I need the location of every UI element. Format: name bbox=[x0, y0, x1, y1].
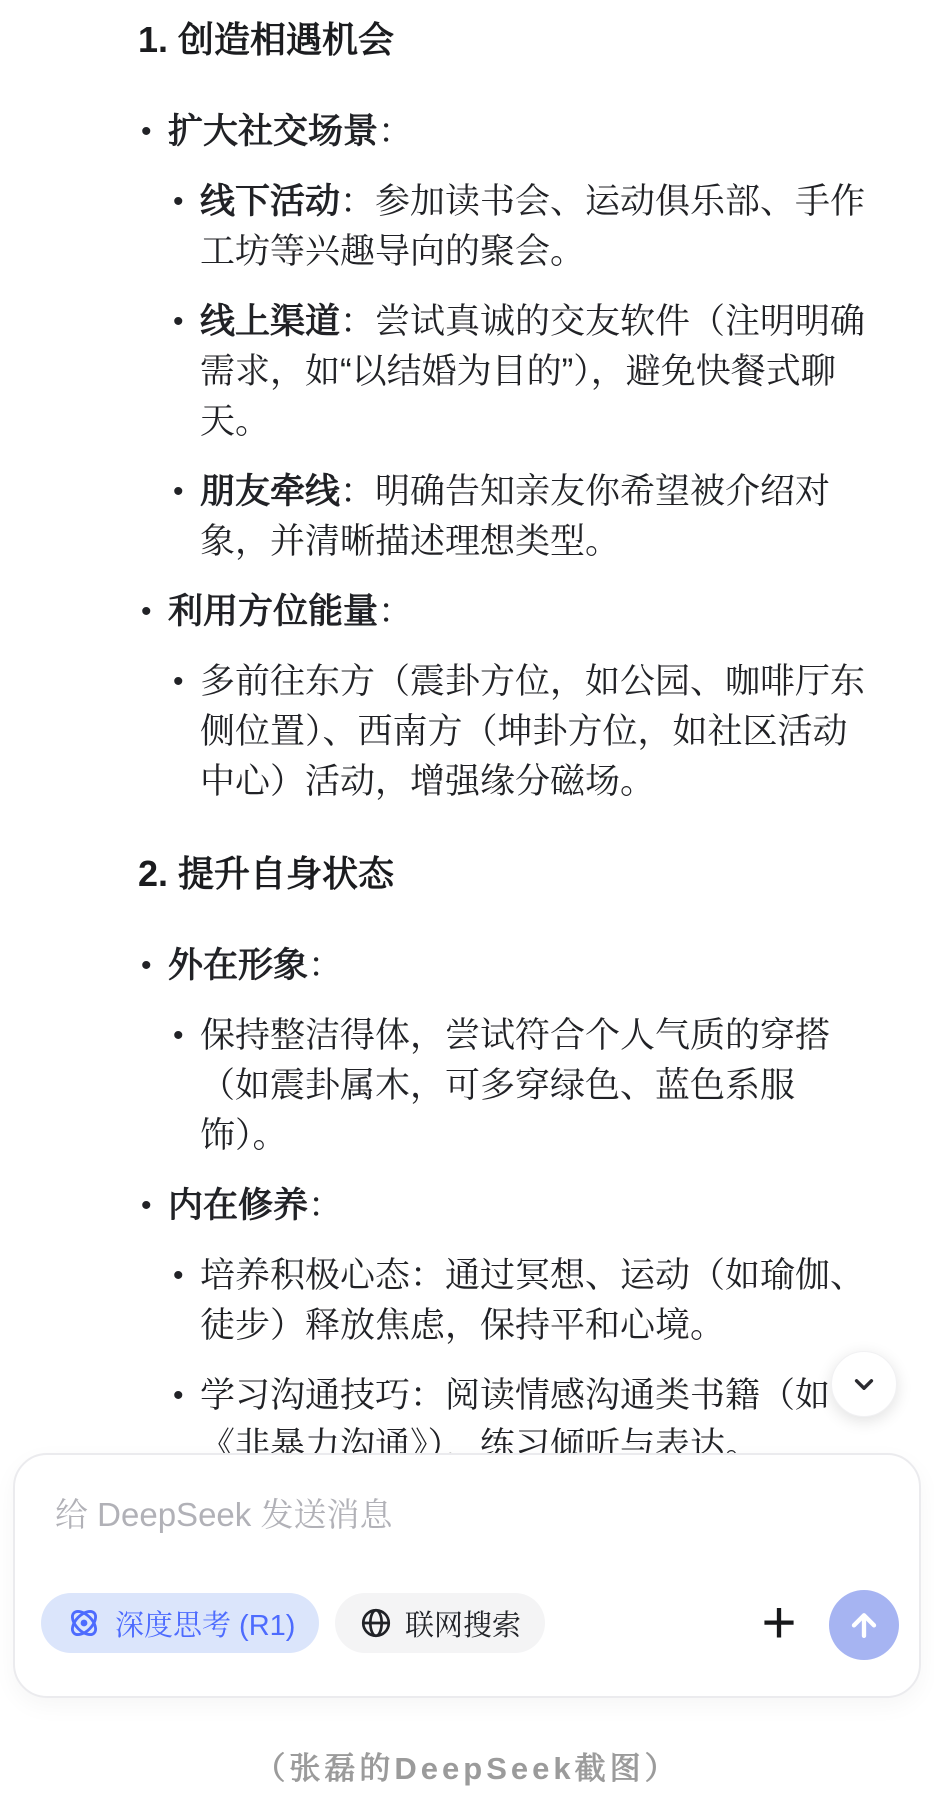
item-colon: ： bbox=[308, 946, 343, 985]
deepseek-chat-screen: 1. 创造相遇机会 • 扩大社交场景： • 线下活动：参加读书会、运动俱乐部、手… bbox=[0, 0, 934, 1797]
bullet-icon: • bbox=[173, 1011, 200, 1061]
web-search-label: 联网搜索 bbox=[405, 1603, 521, 1644]
atom-icon bbox=[65, 1604, 103, 1642]
item-label: 内在修养 bbox=[168, 1186, 308, 1225]
list-item: • 保持整洁得体，尝试符合个人气质的穿搭 （如震卦属木，可多穿绿色、蓝色系服 饰… bbox=[173, 1011, 918, 1161]
item-label: 朋友牵线 bbox=[200, 472, 340, 511]
chevron-down-icon bbox=[847, 1367, 881, 1401]
list-item: • 内在修养： bbox=[141, 1181, 901, 1231]
scroll-to-bottom-button[interactable] bbox=[831, 1351, 897, 1417]
item-text: 学习沟通技巧：阅读情感沟通类书籍（如 《非暴力沟通》），练习倾听与表达。 bbox=[200, 1376, 830, 1465]
bullet-icon: • bbox=[141, 941, 168, 991]
bullet-icon: • bbox=[173, 657, 200, 707]
item-label: 利用方位能量 bbox=[168, 592, 378, 631]
message-input[interactable]: 给 DeepSeek 发送消息 bbox=[55, 1492, 392, 1538]
list-item: • 外在形象： bbox=[141, 941, 901, 991]
item-text: 多前往东方（震卦方位，如公园、咖啡厅东 侧位置）、西南方（坤卦方位，如社区活动 … bbox=[200, 662, 865, 801]
bullet-icon: • bbox=[173, 1371, 200, 1421]
globe-icon bbox=[359, 1606, 393, 1640]
list-item: • 线下活动：参加读书会、运动俱乐部、手作 工坊等兴趣导向的聚会。 bbox=[173, 177, 918, 277]
list-item: • 多前往东方（震卦方位，如公园、咖啡厅东 侧位置）、西南方（坤卦方位，如社区活… bbox=[173, 657, 918, 807]
list-item: • 线上渠道：尝试真诚的交友软件（注明明确 需求，如“以结婚为目的”），避免快餐… bbox=[173, 297, 918, 447]
deepthink-label: 深度思考 (R1) bbox=[115, 1603, 295, 1644]
composer: 给 DeepSeek 发送消息 深度思考 (R1) 联网搜索 bbox=[13, 1453, 921, 1698]
bullet-icon: • bbox=[173, 1251, 200, 1301]
bullet-icon: • bbox=[141, 587, 168, 637]
item-label: 线上渠道 bbox=[200, 302, 340, 341]
item-colon: ： bbox=[308, 1186, 343, 1225]
deepthink-toggle[interactable]: 深度思考 (R1) bbox=[41, 1593, 319, 1653]
bullet-icon: • bbox=[141, 107, 168, 157]
item-label: 扩大社交场景 bbox=[168, 112, 378, 151]
bullet-icon: • bbox=[141, 1181, 168, 1231]
attach-button[interactable]: + bbox=[751, 1593, 807, 1653]
section-heading: 1. 创造相遇机会 bbox=[138, 15, 934, 65]
item-colon: ： bbox=[378, 112, 413, 151]
list-item: • 扩大社交场景： bbox=[141, 107, 901, 157]
arrow-up-icon bbox=[844, 1605, 884, 1645]
item-text: 保持整洁得体，尝试符合个人气质的穿搭 （如震卦属木，可多穿绿色、蓝色系服 饰）。 bbox=[200, 1016, 830, 1155]
item-label: 线下活动 bbox=[200, 182, 340, 221]
bullet-icon: • bbox=[173, 177, 200, 227]
section-heading: 2. 提升自身状态 bbox=[138, 849, 934, 899]
web-search-toggle[interactable]: 联网搜索 bbox=[335, 1593, 545, 1653]
bullet-icon: • bbox=[173, 297, 200, 347]
send-button[interactable] bbox=[829, 1590, 899, 1660]
list-item: • 利用方位能量： bbox=[141, 587, 901, 637]
item-text: 培养积极心态：通过冥想、运动（如瑜伽、 徒步）释放焦虑，保持平和心境。 bbox=[200, 1256, 865, 1345]
screenshot-caption: （张磊的DeepSeek截图） bbox=[0, 1743, 934, 1788]
item-label: 外在形象 bbox=[168, 946, 308, 985]
list-item: • 培养积极心态：通过冥想、运动（如瑜伽、 徒步）释放焦虑，保持平和心境。 bbox=[173, 1251, 918, 1351]
item-colon: ： bbox=[378, 592, 413, 631]
list-item: • 朋友牵线：明确告知亲友你希望被介绍对 象，并清晰描述理想类型。 bbox=[173, 467, 918, 567]
bullet-icon: • bbox=[173, 467, 200, 517]
assistant-message: 1. 创造相遇机会 • 扩大社交场景： • 线下活动：参加读书会、运动俱乐部、手… bbox=[0, 0, 934, 1491]
